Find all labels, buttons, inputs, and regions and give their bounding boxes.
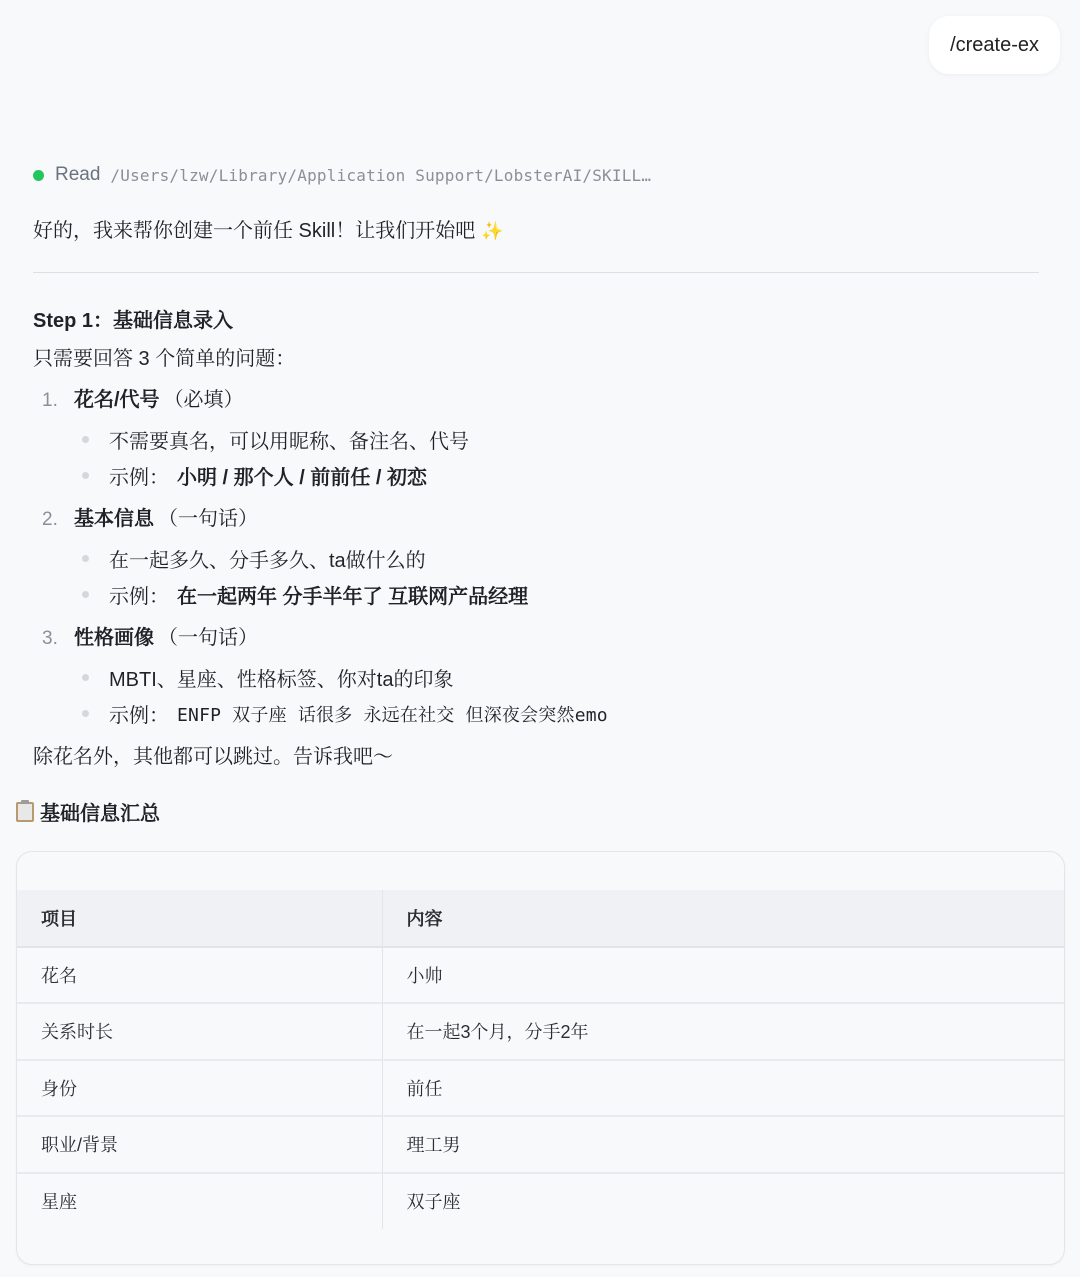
table-row: 职业/背景 理工男 (17, 1116, 1065, 1173)
bullet-text: MBTI、星座、性格标签、你对ta的印象 (109, 663, 453, 692)
question-title: 花名/代号 (74, 383, 160, 412)
bullet-text: 在一起多久、分手多久、ta做什么的 (109, 544, 426, 573)
status-dot-icon (33, 170, 44, 181)
sparkles-icon: ✨ (481, 221, 503, 241)
user-message-bubble: /create-ex (929, 16, 1060, 74)
user-message-text: /create-ex (950, 34, 1039, 57)
question-item: 3. 性格画像 （一句话） (42, 621, 258, 650)
question-item: 2. 基本信息 （一句话） (42, 502, 258, 531)
summary-title: 基础信息汇总 (40, 797, 160, 826)
summary-table-card: 项目 内容 花名 小帅 关系时长 在一起3个月，分手2年 身份 前任 (16, 851, 1065, 1265)
cell-item: 花名 (17, 947, 382, 1004)
table-row: 身份 前任 (17, 1060, 1065, 1117)
cell-content: 理工男 (382, 1116, 1065, 1173)
summary-heading: 基础信息汇总 (16, 797, 160, 826)
question-number: 2. (42, 509, 74, 531)
cell-content: 小帅 (382, 947, 1065, 1004)
example-label: 示例： (109, 580, 169, 609)
example-label: 示例： (109, 461, 169, 490)
bullet-item: MBTI、星座、性格标签、你对ta的印象 (82, 663, 453, 692)
example-text: ENFP 双子座 话很多 永远在社交 但深夜会突然emo (177, 701, 608, 727)
bullet-dot-icon (82, 591, 89, 598)
question-number: 3. (42, 628, 74, 650)
tool-name: Read (55, 164, 100, 186)
table-row: 关系时长 在一起3个月，分手2年 (17, 1003, 1065, 1060)
table-header-row: 项目 内容 (17, 890, 1065, 947)
cell-content: 前任 (382, 1060, 1065, 1117)
example-text: 小明 / 那个人 / 前前任 / 初恋 (177, 461, 427, 490)
assistant-intro: 好的，我来帮你创建一个前任 Skill！让我们开始吧✨ (33, 214, 504, 243)
table-row: 星座 双子座 (17, 1173, 1065, 1230)
example-text: 在一起两年 分手半年了 互联网产品经理 (177, 580, 528, 609)
cell-content: 双子座 (382, 1173, 1065, 1230)
column-header-content: 内容 (382, 890, 1065, 947)
step-title: Step 1：基础信息录入 (33, 304, 233, 333)
cell-item: 职业/背景 (17, 1116, 382, 1173)
bullet-text: 不需要真名，可以用昵称、备注名、代号 (109, 425, 469, 454)
clipboard-icon (16, 802, 34, 822)
divider (33, 272, 1039, 273)
cell-item: 关系时长 (17, 1003, 382, 1060)
chat-view: /create-ex Read /Users/lzw/Library/Appli… (0, 0, 1080, 1277)
cell-item: 身份 (17, 1060, 382, 1117)
bullet-item: 在一起多久、分手多久、ta做什么的 (82, 544, 426, 573)
bullet-item: 示例： ENFP 双子座 话很多 永远在社交 但深夜会突然emo (82, 699, 608, 728)
question-title: 性格画像 (74, 621, 154, 650)
table-row: 花名 小帅 (17, 947, 1065, 1004)
example-label: 示例： (109, 699, 169, 728)
question-title: 基本信息 (74, 502, 154, 531)
column-header-item: 项目 (17, 890, 382, 947)
question-item: 1. 花名/代号 （必填） (42, 383, 244, 412)
tool-file-path: /Users/lzw/Library/Application Support/L… (110, 166, 651, 185)
question-note: （必填） (164, 383, 244, 412)
cell-item: 星座 (17, 1173, 382, 1230)
bullet-dot-icon (82, 472, 89, 479)
bullet-item: 示例： 小明 / 那个人 / 前前任 / 初恋 (82, 461, 427, 490)
bullet-dot-icon (82, 710, 89, 717)
question-note: （一句话） (158, 502, 258, 531)
intro-text: 好的，我来帮你创建一个前任 Skill！让我们开始吧 (33, 220, 475, 242)
closing-text: 除花名外，其他都可以跳过。告诉我吧～ (33, 740, 393, 769)
bullet-item: 不需要真名，可以用昵称、备注名、代号 (82, 425, 469, 454)
question-number: 1. (42, 390, 74, 412)
step-subtitle: 只需要回答 3 个简单的问题： (33, 342, 295, 371)
cell-content: 在一起3个月，分手2年 (382, 1003, 1065, 1060)
question-note: （一句话） (158, 621, 258, 650)
bullet-dot-icon (82, 436, 89, 443)
bullet-dot-icon (82, 555, 89, 562)
bullet-dot-icon (82, 674, 89, 681)
bullet-item: 示例： 在一起两年 分手半年了 互联网产品经理 (82, 580, 528, 609)
tool-call-read[interactable]: Read /Users/lzw/Library/Application Supp… (33, 164, 651, 186)
summary-table: 项目 内容 花名 小帅 关系时长 在一起3个月，分手2年 身份 前任 (17, 890, 1065, 1229)
